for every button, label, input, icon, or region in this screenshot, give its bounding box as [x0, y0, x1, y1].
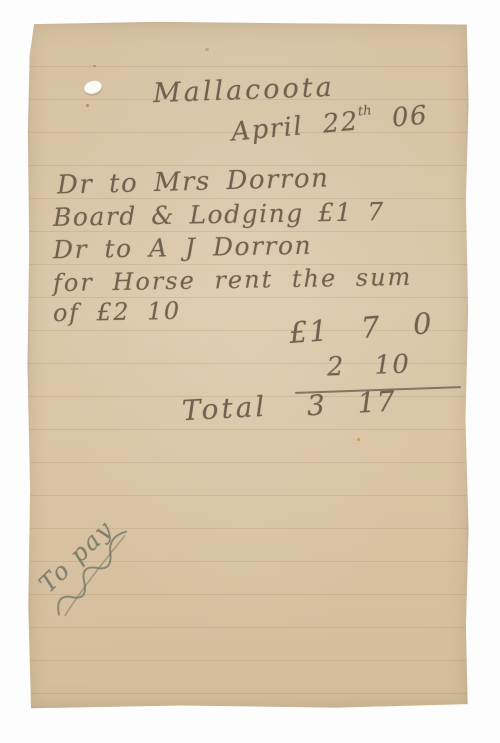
- handwriting-line: Board & Lodging £1 7: [53, 197, 385, 232]
- amount-row-1: £1 7 0: [288, 306, 434, 350]
- date-line: April 22th 06: [230, 98, 429, 147]
- total-label: Total: [181, 390, 268, 427]
- paper-speck: [357, 438, 360, 441]
- pencil-annotation: To pay: [24, 505, 145, 624]
- amount-row-2: 2 10: [327, 350, 411, 383]
- handwriting-line: of £2 10: [53, 297, 181, 327]
- date-day: April 22: [230, 107, 360, 148]
- scanned-document: Mallacoota April 22th 06 Dr to Mrs Dorro…: [0, 0, 500, 743]
- paper-speck: [93, 65, 96, 67]
- paper-sheet: Mallacoota April 22th 06 Dr to Mrs Dorro…: [27, 21, 469, 709]
- total-value: 3 17: [306, 385, 397, 423]
- place-line: Mallacoota: [153, 72, 336, 109]
- date-year: 06: [391, 100, 430, 133]
- handwriting-line: Dr to A J Dorron: [53, 231, 313, 265]
- paper-speck: [86, 104, 89, 107]
- paper-speck: [205, 48, 209, 51]
- punch-hole: [83, 79, 104, 96]
- handwriting-line: Dr to Mrs Dorron: [57, 163, 330, 200]
- handwriting-line: for Horse rent the sum: [53, 263, 413, 297]
